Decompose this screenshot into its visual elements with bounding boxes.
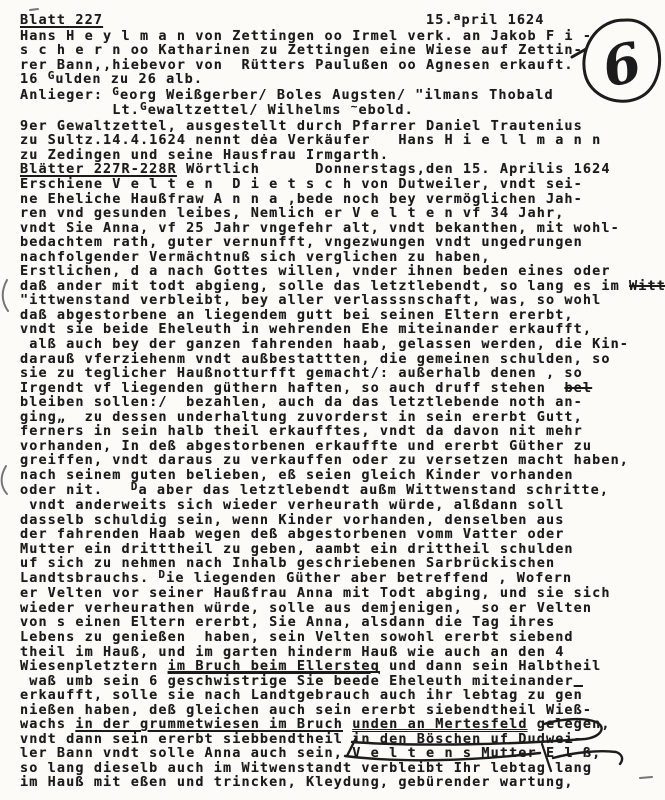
text-line: ne Eheliche Haußfraw A n n a ,bede noch …	[20, 192, 665, 207]
text-line: nach seinem guten belieben, eß seien gle…	[20, 468, 665, 483]
text-line: bleiben sollen:/ bezahlen, auch da das l…	[20, 395, 665, 410]
text-line: oder nit. Da aber das letztlebendt außm …	[20, 483, 665, 499]
text-line: ren vnd gesunden leibes, Nemlich er V e …	[20, 206, 665, 221]
text-line: waß umb sein 6 geschwistrige Sie beede E…	[20, 674, 665, 689]
text-line: sie zu teglicher Haußnotturfft gemacht/:…	[20, 366, 665, 381]
text-line: Erschiene V e l t e n D i e t s c h von …	[20, 177, 665, 192]
top-left-speck	[30, 9, 38, 10]
text-line: rer Bann,,hiebevor von Rütters Paulußen …	[20, 58, 665, 73]
text-line: der fahrenden Haab wegen deß abgestorben…	[20, 527, 665, 542]
text-line: theil im Hauß, und im garten hinderm Hau…	[20, 645, 665, 660]
document-lines: Blatt 227 15.april 1624Hans H e y l m a …	[20, 13, 665, 790]
text-line: Hans H e y l m a n von Zettingen oo Irme…	[20, 29, 665, 44]
text-line: von s einen Eltern ererbt, Sie Anna, als…	[20, 615, 665, 630]
text-line: vndt sie beide Eheleuth in wehrenden Ehe…	[20, 322, 665, 337]
text-line: greiffen, vndt daraus zu verkauffen oder…	[20, 453, 665, 468]
text-line: Lebens zu genießen haben, sein Velten so…	[20, 630, 665, 645]
text-line: Blatt 227 15.april 1624	[20, 13, 665, 29]
text-line: Wiesenpletztern im Bruch beim Ellersteg …	[20, 659, 665, 674]
text-line: ler Bann vndt solle Anna auch sein, V e …	[20, 746, 665, 761]
text-line: darauß vferziehenm vndt außbestattten, d…	[20, 352, 665, 367]
text-line: vndt Sie Anna, vf 25 Jahr vngefehr alt, …	[20, 221, 665, 236]
scanned-document-page: Blatt 227 15.april 1624Hans H e y l m a …	[0, 0, 665, 800]
text-line: Lt.Gewaltzettel/ Wilhelms ~ebold.	[20, 103, 665, 119]
text-line: bedachtem rath, guter vernunfft, vngezwu…	[20, 235, 665, 250]
left-margin-mark-2	[2, 466, 7, 494]
text-line: s c h e r n oo Katharinen zu Zettingen e…	[20, 43, 665, 58]
text-line: ferners in sein halb theil erkaufftes, v…	[20, 424, 665, 439]
text-line: wachs in der grummetwiesen im Bruch unde…	[20, 717, 665, 732]
text-line: Erstlichen, d a nach Gottes willen, vnde…	[20, 264, 665, 279]
text-line: Landtsbrauchs. Die liegenden Güther aber…	[20, 571, 665, 587]
text-line: uf sich zu nehmen nach Inhalb geschriebe…	[20, 556, 665, 571]
left-margin-mark-1	[3, 280, 8, 311]
text-line: erkaufft, solle sie nach Landtgebrauch a…	[20, 688, 665, 703]
text-line: alß auch bey der ganzen fahrenden haab, …	[20, 337, 665, 352]
text-line: Blätter 227R-228R Wörtlich Donnerstags,d…	[20, 162, 665, 177]
text-line: vndt anderweits sich wieder verheurath w…	[20, 498, 665, 513]
text-line: dasselb schuldig sein, wenn Kinder vorha…	[20, 513, 665, 528]
text-line: zu Sultz.14.4.1624 nennt dėa Verkäufer H…	[20, 133, 665, 148]
text-line: Anlieger: Georg Weißgerber/ Boles Augste…	[20, 88, 665, 104]
text-line: er Velten vor seiner Haußfrau Anna mit T…	[20, 586, 665, 601]
text-line: im Hauß mit eßen und trincken, Kleydung,…	[20, 775, 665, 790]
text-line: "ittwenstand verbleibt, bey aller verlas…	[20, 293, 665, 308]
